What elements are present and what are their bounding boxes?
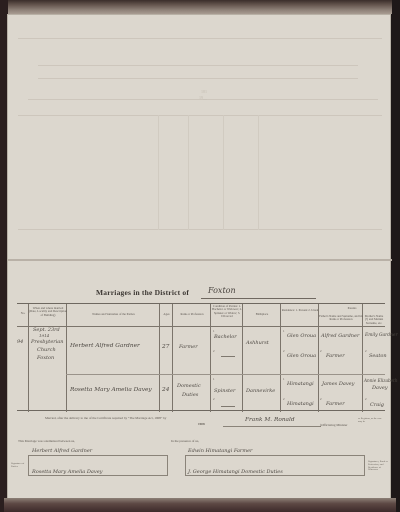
ditto-2: 2 [213, 349, 215, 353]
minister-signature: Frank M. Ronald [245, 417, 295, 423]
groom-mother: Emily Gardner [365, 333, 398, 338]
faded-rule [38, 78, 358, 79]
col-no [17, 304, 29, 412]
minister-signature-line [223, 426, 321, 427]
entry-place-2: Church [37, 347, 56, 353]
ditto-1: 1 [283, 377, 285, 381]
witness-1-signature: Edwin Himatangi Farmer [188, 448, 252, 454]
register-title-row: Marriages in the District of Foxton [8, 287, 392, 301]
row-divider [66, 374, 385, 375]
witness-2-signature: J. George Himatangi Domestic Duties [188, 469, 283, 475]
blank-dash [221, 406, 235, 407]
col-birthplace [243, 304, 281, 412]
entry-place-1: Presbyterian [31, 339, 63, 345]
minister-margin-note: or Registrar, as the case may be [358, 418, 386, 424]
groom-father: Alfred Gardner [321, 333, 359, 339]
groom-residence-usual: Glen Oroua [287, 353, 316, 359]
faded-rule [38, 65, 358, 66]
blank-dash [221, 356, 235, 357]
col-condition [211, 304, 243, 412]
bride-father: James Davey [322, 381, 354, 387]
bride-mother-1: Annie Elizabeth [364, 378, 398, 383]
header-father: Father's Name and Surname, and his Rank … [319, 315, 363, 322]
header-when-where: When and where married (Date, Locality a… [29, 307, 67, 317]
groom-name: Herbert Alfred Gardner [70, 343, 140, 349]
ditto-2: 2 [365, 349, 367, 353]
header-no: No. [17, 312, 29, 315]
bride-residence-usual: Himatangi [287, 401, 314, 407]
header-parents: Parents [319, 307, 385, 310]
bride-birthplace: Dannevirke [246, 388, 275, 394]
solemnized-label: This Marriage was solemnized between us, [18, 439, 75, 443]
register-page: 181 19__ Marriages in the District of Fo… [7, 14, 391, 500]
ditto-1: 1 [213, 329, 215, 333]
header-ages: Ages [160, 313, 173, 316]
header-names: Names and Surnames of the Parties [67, 313, 160, 316]
ditto-2: 2 [320, 349, 322, 353]
parties-margin-note: Signatures of Parties [11, 463, 26, 469]
header-rank: Rank or Profession [173, 313, 211, 316]
act-year: 1908 [198, 422, 205, 426]
bride-name: Rosetta Mary Amelia Davey [70, 387, 152, 393]
ditto-2: 2 [365, 397, 367, 401]
header-condition: Condition of Parties: 1. Bachelor or Wid… [211, 305, 243, 318]
faded-rule [18, 229, 382, 230]
ditto-2: 2 [213, 397, 215, 401]
district-name: Foxton [208, 286, 236, 295]
book-page-edges-bottom [4, 498, 396, 512]
witnesses-margin-note: Signatures, Rank or Profession, and Resi… [368, 461, 390, 472]
header-birthplace: Birthplace [243, 313, 281, 316]
groom-mother-maiden: Seaton [369, 353, 387, 359]
faded-rule [18, 38, 382, 39]
entry-number: 94 [17, 339, 23, 345]
groom-father-rank: Farmer [326, 353, 345, 359]
groom-rank: Farmer [179, 344, 198, 350]
faded-rule [188, 115, 189, 230]
district-underline [201, 298, 316, 299]
bride-condition: Spinster [214, 388, 235, 394]
faded-rule [158, 115, 159, 230]
faded-page-mark: 181 [201, 89, 207, 94]
register-title: Marriages in the District of [96, 288, 189, 297]
groom-residence-present: Glen Oroua [287, 333, 316, 339]
bride-mother-maiden: Craig [370, 402, 384, 408]
header-residence: Residence: 1. Present 2. Usual [281, 309, 319, 312]
page-fold [8, 259, 392, 261]
bride-residence-present: Himatangi [287, 381, 314, 387]
minister-label: (Officiating Minister [320, 423, 348, 427]
ditto-2: 2 [283, 397, 285, 401]
faded-rule [223, 115, 224, 230]
faded-rule [258, 115, 259, 230]
ditto-1: 1 [283, 329, 285, 333]
header-divider [17, 326, 385, 327]
faded-rule [18, 115, 382, 116]
bride-rank-2: Duties [182, 392, 198, 398]
header-mother: Mother's Name (?) and Maiden Surname, et… [363, 315, 385, 325]
bride-age: 24 [162, 387, 169, 393]
entry-year: 1914 [39, 333, 49, 338]
groom-condition: Bachelor [214, 334, 237, 340]
bride-signature: Rosetta Mary Amelia Davey [32, 469, 102, 475]
groom-age: 27 [162, 344, 169, 350]
col-ages [160, 304, 173, 412]
book-page-edges-top [8, 0, 392, 14]
book-cover-right [390, 0, 400, 512]
groom-signature: Herbert Alfred Gardner [32, 448, 92, 454]
bride-mother-2: Davey [372, 385, 388, 391]
col-names [67, 304, 160, 412]
presence-label: In the presence of us, [171, 439, 199, 443]
ditto-1: 1 [213, 377, 215, 381]
ditto-2: 2 [283, 349, 285, 353]
groom-birthplace: Ashhurst [246, 340, 269, 346]
entry-place-3: Foxton [37, 355, 54, 361]
bride-rank-1: Domestic [177, 383, 201, 389]
faded-page-mark: 19__ [199, 95, 207, 100]
register-table: No. When and where married (Date, Locali… [17, 303, 385, 411]
ditto-2: 2 [320, 397, 322, 401]
bride-father-rank: Farmer [326, 401, 345, 407]
married-after-text: Married, after the delivery to me of the… [45, 416, 166, 420]
